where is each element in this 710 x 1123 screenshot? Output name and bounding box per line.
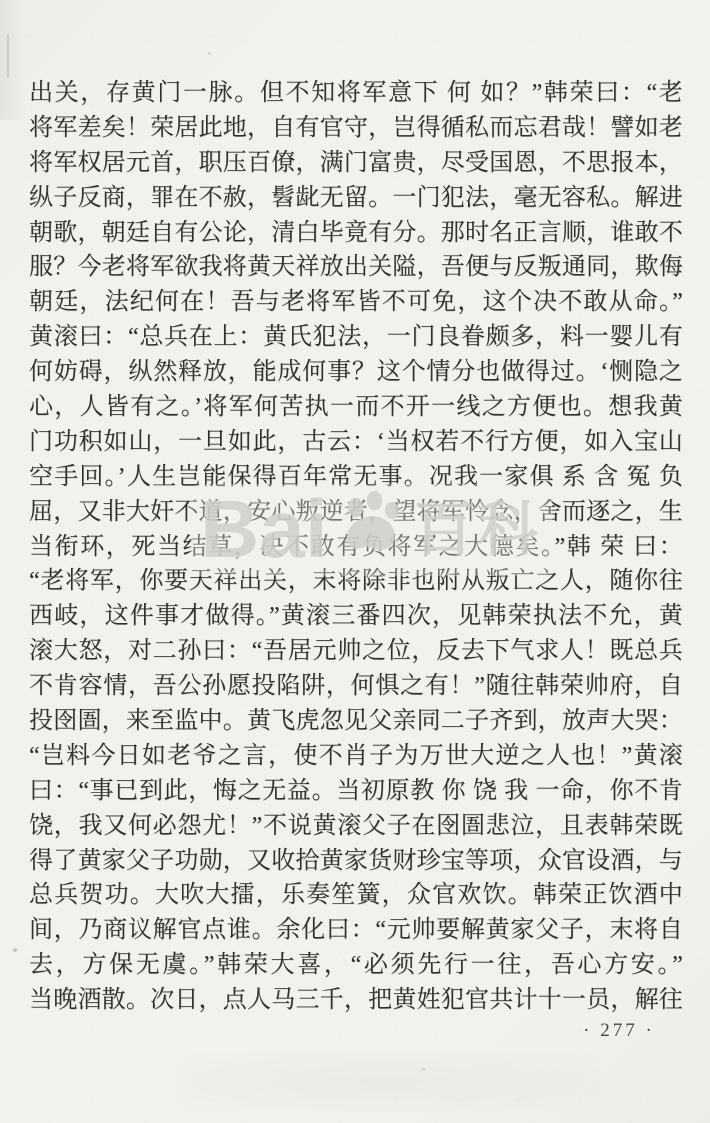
- scan-shadow-bottom: [180, 1052, 600, 1112]
- scan-speck: [421, 1068, 426, 1071]
- text-line: 当衔环，死当结草，决不敢有负将军之大德矣。”韩 荣 曰：: [29, 530, 683, 565]
- text-line: 朝廷，法纪何在！吾与老将军皆不可免，这个决不敢从命。”: [29, 285, 683, 320]
- text-line: 间，乃商议解官点谁。余化曰：“元帅要解黄家父子，末将自: [29, 913, 683, 948]
- text-line: 得了黄家父子功勋，又收拾黄家货财珍宝等项，众官设酒，与: [29, 844, 683, 879]
- text-line: 心，人皆有之。’将军何苦执一而不开一线之方便也。想我黄: [29, 390, 683, 425]
- page-number: · 277 ·: [576, 1020, 662, 1042]
- text-line: 屈，又非大奸不道，安心叛逆者，望将军怜念，舍而逐之，生: [29, 495, 683, 530]
- text-line: 出关，存黄门一脉。但不知将军意下 何 如？”韩荣曰：“老: [29, 76, 683, 111]
- text-line: 空手回。’人生岂能保得百年常无事。况我一家俱 系 含 冤 负: [29, 460, 683, 495]
- text-line: “岂料今日如老爷之言，使不肖子为万世大逆之人也！”黄滚: [29, 739, 683, 774]
- text-line: 何妨碍，纵然释放，能成何事？这个情分也做得过。‘恻隐之: [29, 355, 683, 390]
- scan-speck: [208, 52, 211, 55]
- text-line: 西岐，这件事才做得。”黄滚三番四次，见韩荣执法不允，黄: [29, 599, 683, 634]
- text-line: 朝歌，朝廷自有公论，清白毕竟有分。那时名正言顺，谁敢不: [29, 216, 683, 251]
- body-text: 出关，存黄门一脉。但不知将军意下 何 如？”韩荣曰：“老将军差矣！荣居此地，自有…: [29, 76, 683, 1018]
- text-line: 黄滚曰：“总兵在上：黄氏犯法，一门良眷颇多，料一婴儿有: [29, 320, 683, 355]
- text-line: 去，方保无虞。”韩荣大喜，“必须先行一往，吾心方安。”: [29, 948, 683, 983]
- text-line: “老将军，你要天祥出关，末将除非也附从叛亡之人，随你往: [29, 564, 683, 599]
- text-line: 纵子反商，罪在不赦，髫龀无留。一门犯法，毫无容私。解进: [29, 181, 683, 216]
- text-line: 总兵贺功。大吹大擂，乐奏笙簧，众官欢饮。韩荣正饮酒中: [29, 878, 683, 913]
- text-line: 不肯容情，吾公孙愿投陷阱，何惧之有！”随往韩荣帅府，自: [29, 669, 683, 704]
- book-page-scan: 出关，存黄门一脉。但不知将军意下 何 如？”韩荣曰：“老将军差矣！荣居此地，自有…: [0, 0, 710, 1123]
- text-line: 将军权居元首，职压百僚，满门富贵，尽受国恩，不思报本，: [29, 146, 683, 181]
- scan-speck: [13, 948, 17, 952]
- text-line: 门功积如山，一旦如此，古云：‘当权若不行方便，如入宝山: [29, 425, 683, 460]
- text-line: 当晚酒散。次日，点人马三千，把黄姓犯官共计十一员，解往: [29, 983, 683, 1018]
- scan-shadow-top-left: [0, 0, 26, 120]
- scan-artifact-edge-line: [7, 34, 9, 78]
- text-line: 曰：“事已到此，悔之无益。当初原教 你 饶 我 一命，你不肯: [29, 774, 683, 809]
- text-line: 投囹圄，来至监中。黄飞虎忽见父亲同二子齐到，放声大哭：: [29, 704, 683, 739]
- text-line: 饶，我又何必怨尤！”不说黄滚父子在囹圄悲泣，且表韩荣既: [29, 809, 683, 844]
- text-line: 服？今老将军欲我将黄天祥放出关隘，吾便与反叛通同，欺侮: [29, 250, 683, 285]
- text-line: 滚大怒，对二孙曰：“吾居元帅之位，反去下气求人！既总兵: [29, 634, 683, 669]
- text-line: 将军差矣！荣居此地，自有官守，岂得循私而忘君哉！譬如老: [29, 111, 683, 146]
